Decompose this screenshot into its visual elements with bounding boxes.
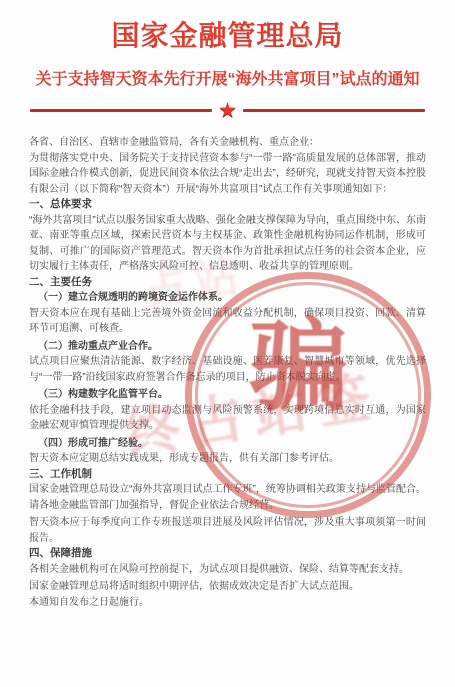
intro-paragraph: 为贯彻落实党中央、国务院关于支持民营资本参与“一带一路”高质量发展的总体部署，推… bbox=[29, 151, 426, 198]
section-paragraph: 国家金融管理总局将适时组织中期评估，依据成效决定是否扩大试点范围。 bbox=[29, 579, 426, 595]
section-heading: 一、总体要求 bbox=[29, 197, 426, 213]
section-heading: 四、保障措施 bbox=[29, 546, 426, 562]
section-paragraph: 智天资本应于每季度向工作专班报送项目进展及风险评估情况，涉及重大事项须第一时间报… bbox=[29, 515, 426, 546]
section-paragraph: “海外共富项目”试点以服务国家重大战略、强化金融支撑保障为导向，重点围绕中东、东… bbox=[29, 213, 426, 275]
task-item-body: 试点项目应聚焦清洁能源、数字经济、基础设施、医养康复、智慧城市等领域，优先选择与… bbox=[29, 354, 426, 385]
section-work-mechanism: 三、工作机制 国家金融管理总局设立“海外共富项目试点工作专班”，统筹协调相关政策… bbox=[29, 467, 426, 547]
section-overall-requirements: 一、总体要求 “海外共富项目”试点以服务国家重大战略、强化金融支撑保障为导向，重… bbox=[29, 197, 426, 275]
task-item-body: 依托金融科技手段，建立项目动态监测与风险预警系统，实现跨境信息实时互通，为国家金… bbox=[29, 403, 426, 434]
section-heading: 三、工作机制 bbox=[29, 467, 426, 483]
task-item-label: （二）推动重点产业合作。 bbox=[29, 339, 426, 355]
salutation: 各省、自治区、直辖市金融监管局，各有关金融机构、重点企业： bbox=[29, 135, 426, 151]
divider-line-right bbox=[243, 109, 425, 112]
doc-body: 各省、自治区、直辖市金融监管局，各有关金融机构、重点企业： 为贯彻落实党中央、国… bbox=[29, 135, 426, 610]
section-main-tasks: 二、主要任务 （一）建立合规透明的跨境资金运作体系。 智天资本应在现有基础上完善… bbox=[29, 275, 426, 467]
section-safeguards: 四、保障措施 各相关金融机构可在风险可控前提下，为试点项目提供融资、保险、结算等… bbox=[29, 546, 426, 595]
task-item-label: （三）构建数字化监管平台。 bbox=[29, 387, 426, 403]
notice-document-page: 国家金融管理总局 关于支持智天资本先行开展“海外共富项目”试点的通知 ★ 各省、… bbox=[0, 0, 455, 687]
divider-line-left bbox=[30, 109, 212, 112]
doc-subtitle: 关于支持智天资本先行开展“海外共富项目”试点的通知 bbox=[10, 66, 445, 89]
section-heading: 二、主要任务 bbox=[29, 275, 426, 291]
task-item-label: （一）建立合规透明的跨境资金运作体系。 bbox=[29, 290, 426, 306]
title-divider: ★ bbox=[30, 99, 425, 121]
task-item-body: 智天资本应在现有基础上完善境外资金回流和收益分配机制，确保项目投资、回款、清算环… bbox=[29, 306, 426, 337]
page-title: 国家金融管理总局 bbox=[0, 14, 455, 54]
section-paragraph: 各相关金融机构可在风险可控前提下，为试点项目提供融资、保险、结算等配套支持。 bbox=[29, 562, 426, 578]
closing-line: 本通知自发布之日起施行。 bbox=[29, 595, 426, 611]
task-item-label: （四）形成可推广经验。 bbox=[29, 436, 426, 452]
section-paragraph: 国家金融管理总局设立“海外共富项目试点工作专班”，统筹协调相关政策支持与监管配合… bbox=[29, 482, 426, 513]
star-icon: ★ bbox=[218, 100, 237, 121]
task-item-body: 智天资本应定期总结实践成果，形成专题报告，供有关部门参考评估。 bbox=[29, 451, 426, 467]
